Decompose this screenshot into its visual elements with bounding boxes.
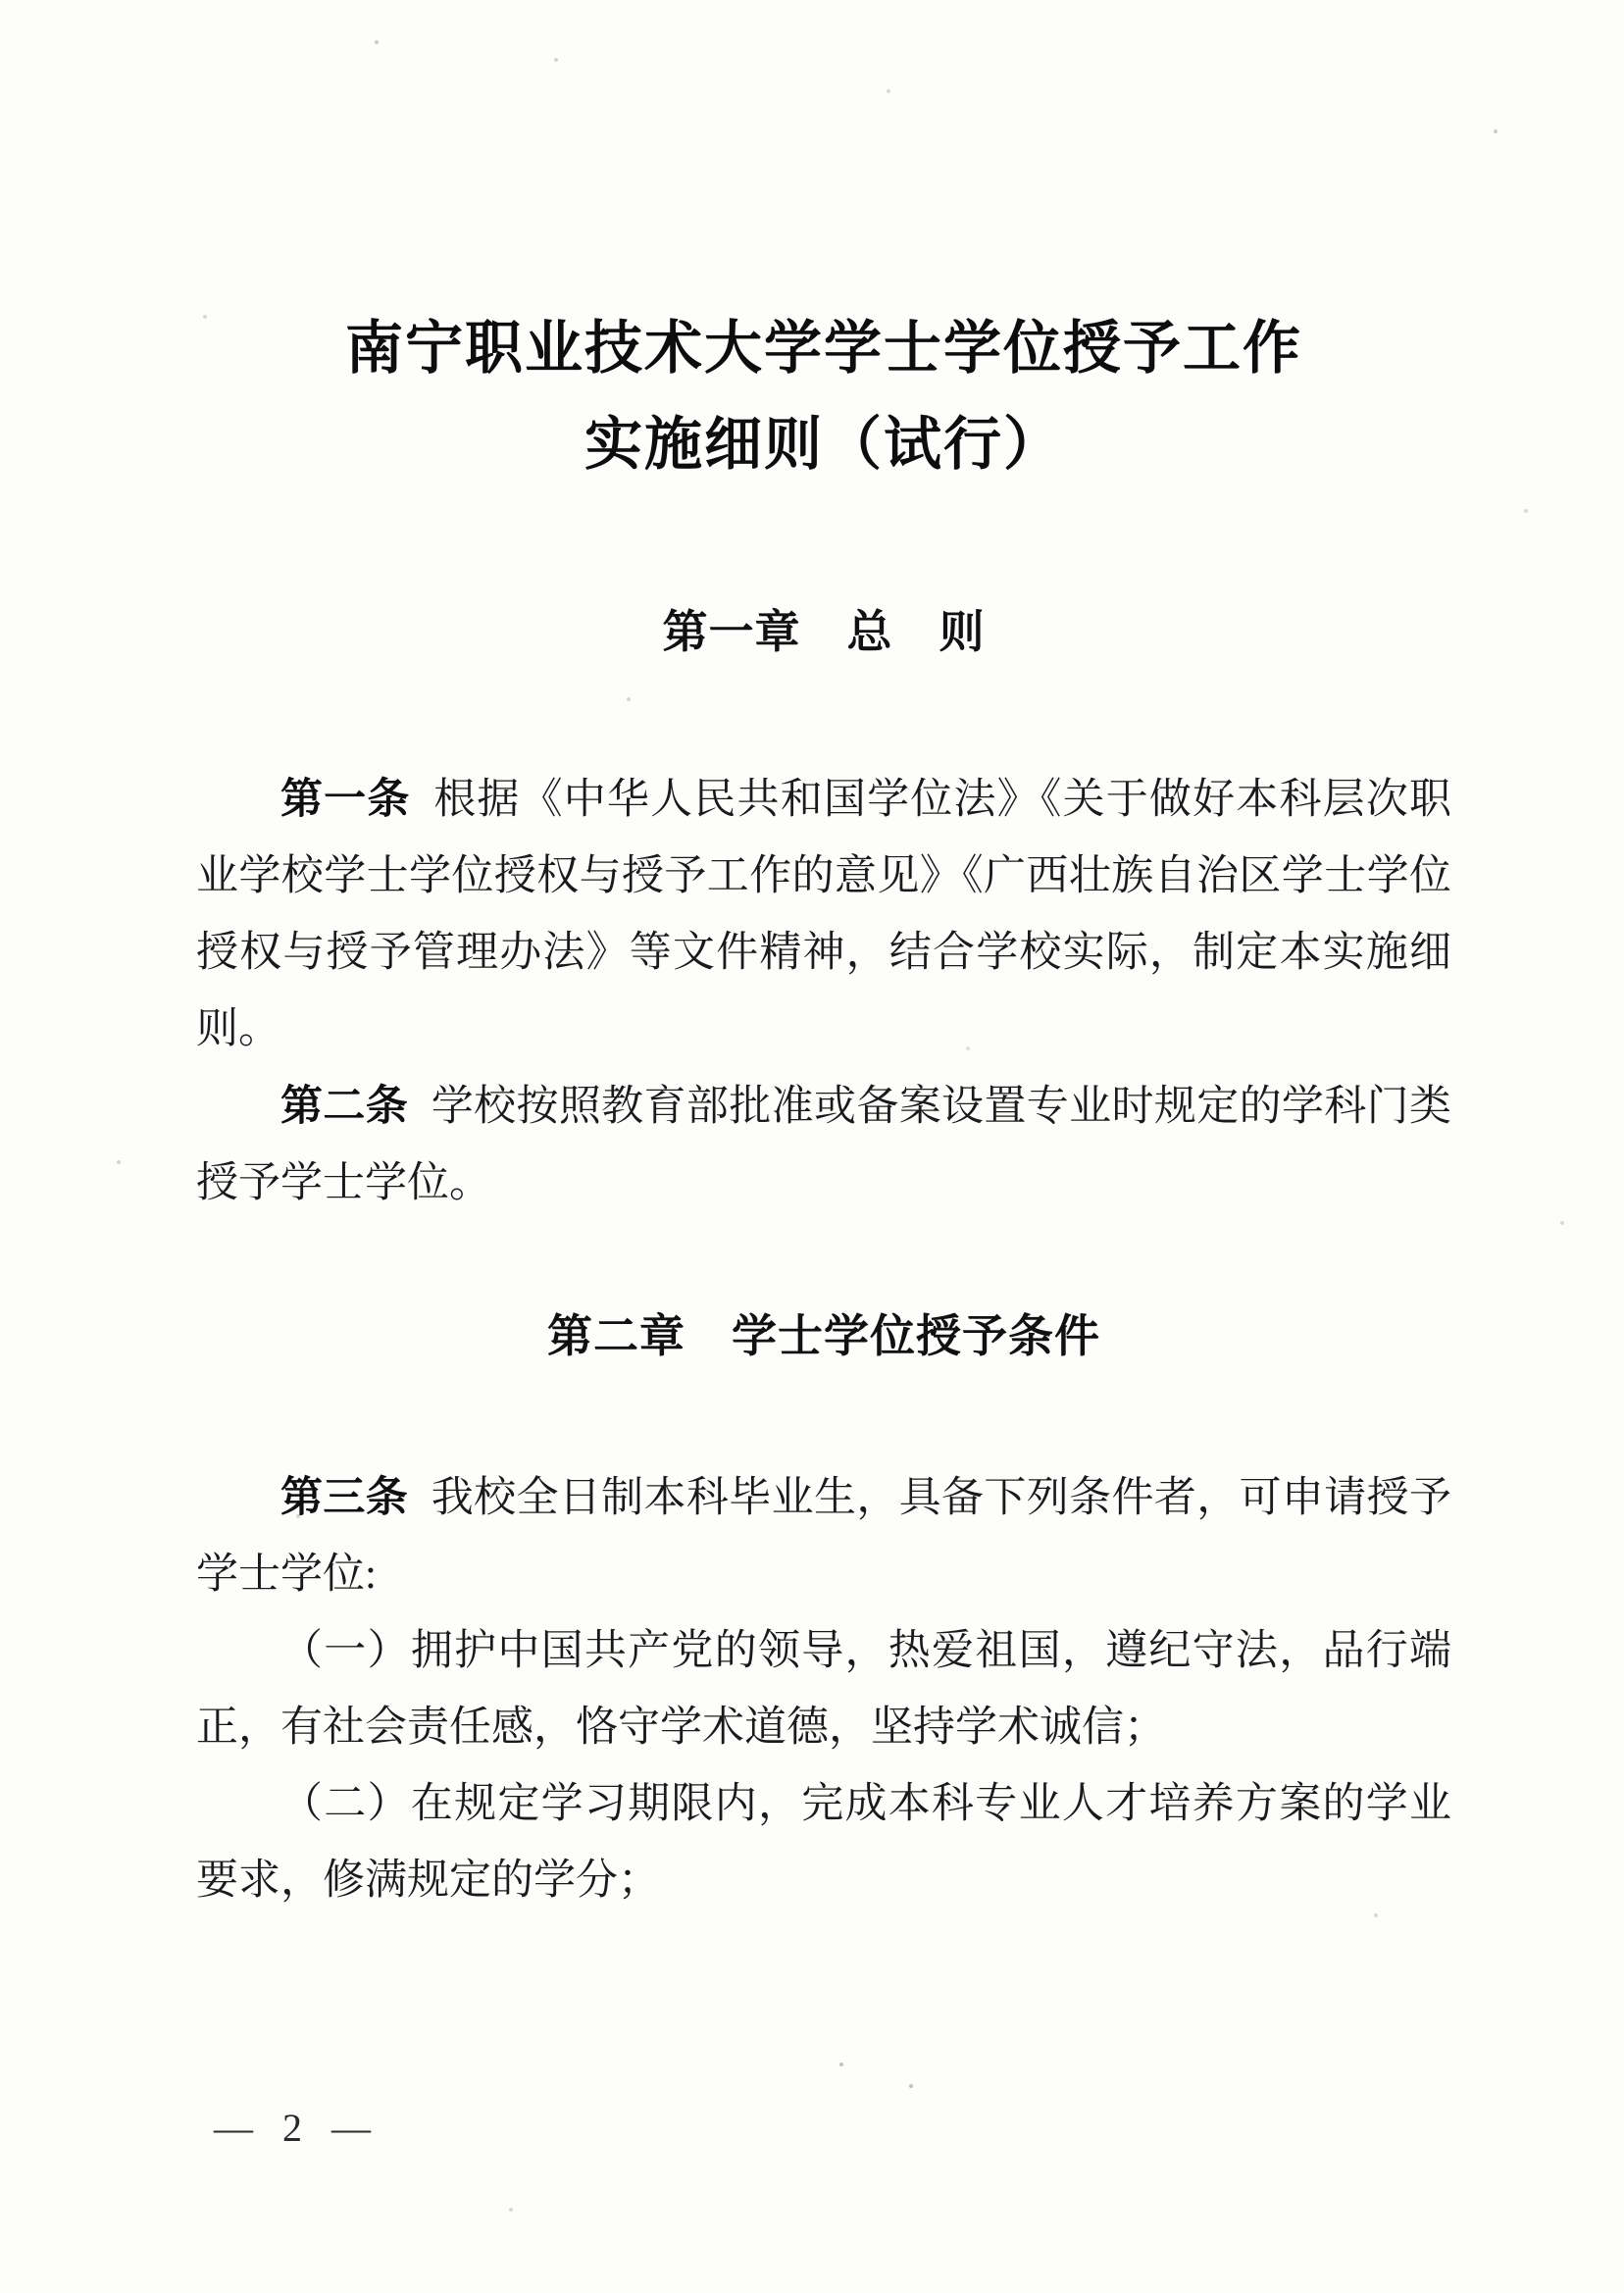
article-2-label: 第二条 [280,1083,408,1130]
scan-noise-speckles [0,0,2,2]
chapter-2-body: 第三条我校全日制本科毕业生，具备下列条件者，可申请授予学士学位: （一）拥护中国… [196,1459,1451,1919]
document-title: 南宁职业技术大学学士学位授予工作 实施细则（试行） [196,300,1451,492]
chapter-1-body: 第一条根据《中华人民共和国学位法》《关于做好本科层次职业学校学士学位授权与授予工… [196,761,1451,1222]
article-1-paragraph: 第一条根据《中华人民共和国学位法》《关于做好本科层次职业学校学士学位授权与授予工… [196,761,1451,1068]
document-content: 南宁职业技术大学学士学位授予工作 实施细则（试行） 第一章 总 则 第一条根据《… [196,0,1451,1919]
document-title-line-1: 南宁职业技术大学学士学位授予工作 [196,300,1451,396]
article-2-paragraph: 第二条学校按照教育部批准或备案设置专业时规定的学科门类授予学士学位。 [196,1068,1451,1222]
chapter-2-heading: 第二章 学士学位授予条件 [196,1304,1451,1367]
page-number: — 2 — [214,2105,373,2151]
article-1-label: 第一条 [280,776,411,823]
article-3-label: 第三条 [280,1474,408,1521]
clause-1-paragraph: （一）拥护中国共产党的领导，热爱祖国，遵纪守法，品行端正，有社会责任感，恪守学术… [196,1613,1451,1766]
chapter-1-heading: 第一章 总 则 [196,600,1451,663]
clause-2-paragraph: （二）在规定学习期限内，完成本科专业人才培养方案的学业要求，修满规定的学分； [196,1766,1451,1919]
article-3-paragraph: 第三条我校全日制本科毕业生，具备下列条件者，可申请授予学士学位: [196,1459,1451,1613]
document-title-line-2: 实施细则（试行） [196,396,1451,492]
document-page: 南宁职业技术大学学士学位授予工作 实施细则（试行） 第一章 总 则 第一条根据《… [0,0,1624,2293]
